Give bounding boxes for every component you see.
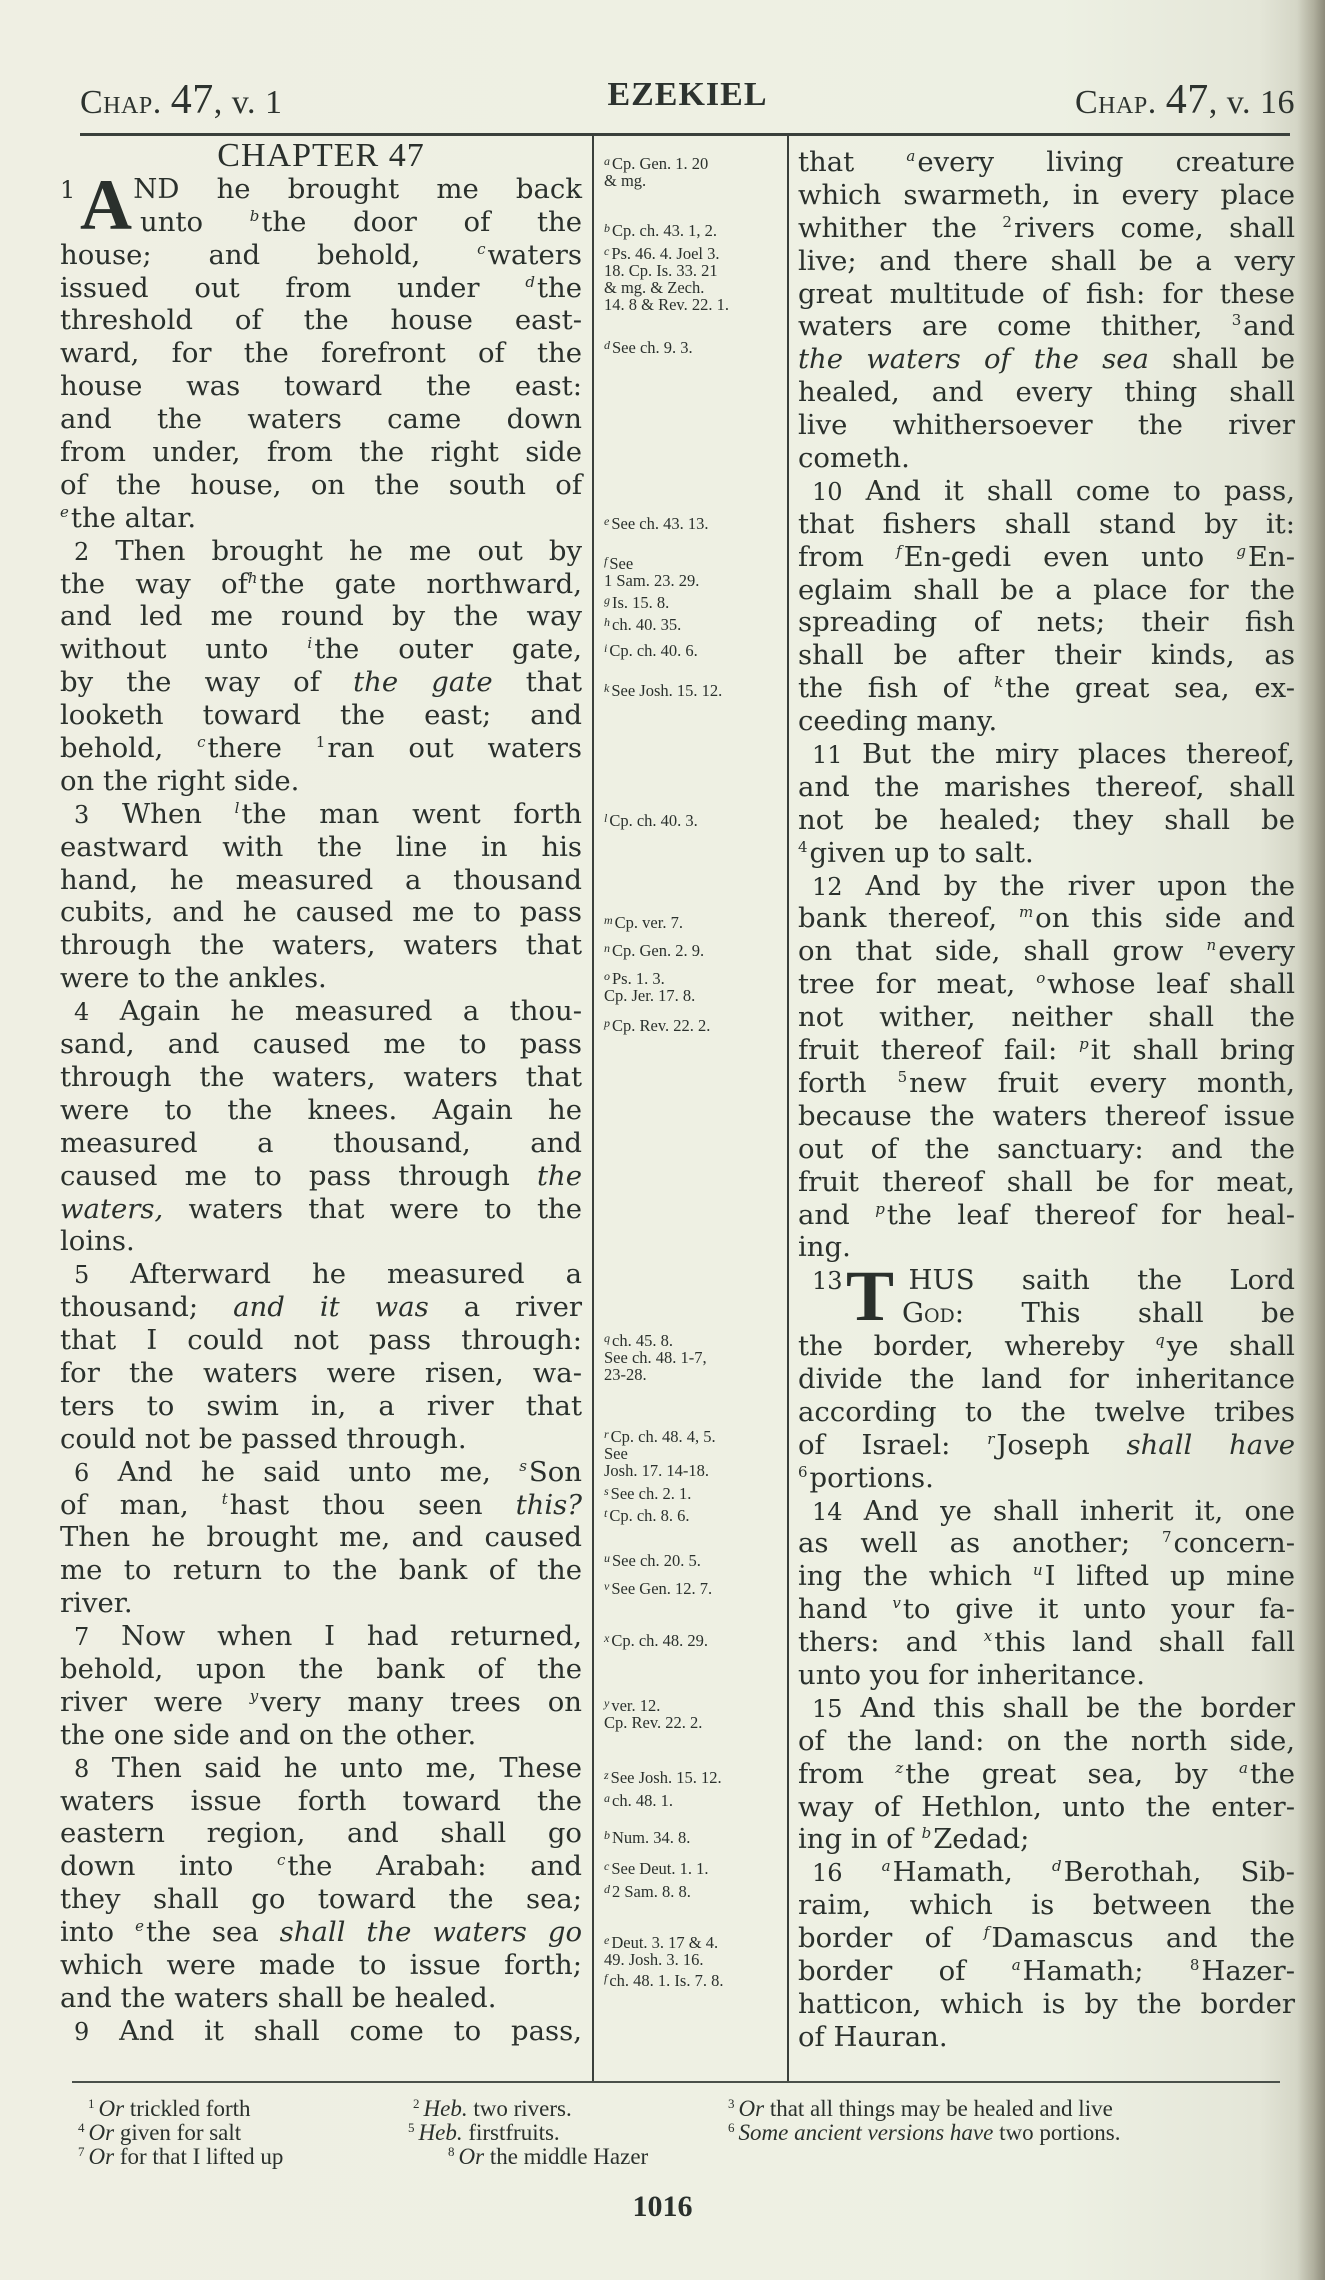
cross-ref-marker[interactable]: t bbox=[222, 1490, 228, 1508]
verse-text: behold, bbox=[60, 732, 197, 764]
footnote-marker[interactable]: 2 bbox=[1002, 213, 1012, 231]
verse-9-continued: that aevery living creature which swarme… bbox=[798, 146, 1295, 475]
verse-text: the outer gate, bbox=[314, 633, 582, 665]
verse-line: looketh toward the east; and bbox=[60, 699, 582, 732]
verse-line: the one side and on the other. bbox=[60, 1719, 582, 1752]
verse-number: 9 bbox=[74, 2018, 89, 2046]
chapter-heading: CHAPTER 47 bbox=[60, 140, 582, 173]
verse-7: 7 Now when I had returned, behold, upon … bbox=[60, 1620, 582, 1752]
verse-line: which were made to issue forth; bbox=[60, 1949, 582, 1982]
cross-ref-marker[interactable]: p bbox=[875, 1200, 885, 1218]
cross-ref-marker[interactable]: d bbox=[525, 273, 535, 291]
verse-text: down into bbox=[60, 1850, 277, 1882]
verse-text: thousand; bbox=[60, 1291, 233, 1323]
verse-text: Joseph bbox=[996, 1429, 1126, 1461]
cross-reference[interactable]: aCp. Gen. 1. 20 & mg. bbox=[604, 153, 784, 189]
verse-16: 16 aHamath, dBerothah, Sib- raim, which … bbox=[798, 1856, 1295, 2053]
verse-line: eastward with the line in his bbox=[60, 831, 582, 864]
verse-number: 11 bbox=[812, 741, 843, 769]
cross-ref-marker[interactable]: x bbox=[984, 1627, 992, 1645]
cross-reference[interactable]: bCp. ch. 43. 1, 2. bbox=[604, 220, 784, 239]
cross-reference[interactable]: qch. 45. 8. See ch. 48. 1-7, 23-28. bbox=[604, 1330, 784, 1383]
verse-text: given up to salt. bbox=[810, 837, 1034, 869]
cross-ref-marker[interactable]: v bbox=[892, 1594, 900, 1612]
verse-number: 13 bbox=[812, 1267, 843, 1295]
footnote-marker[interactable]: 3 bbox=[1232, 311, 1242, 329]
cross-reference[interactable]: rCp. ch. 48. 4, 5. See Josh. 17. 14-18. bbox=[604, 1426, 784, 1479]
verse-line: unto you for inheritance. bbox=[798, 1659, 1295, 1692]
cross-reference[interactable]: tCp. ch. 8. 6. bbox=[604, 1505, 784, 1524]
verse-number: 8 bbox=[74, 1755, 89, 1783]
verse-line: not wither, neither shall the bbox=[798, 1001, 1295, 1034]
cross-reference[interactable]: sSee ch. 2. 1. bbox=[604, 1483, 784, 1502]
verse-number: 2 bbox=[74, 538, 89, 566]
footnote-7: 7Or for that I lifted up bbox=[78, 2140, 283, 2168]
verse-line: were to the ankles. bbox=[60, 962, 582, 995]
verse-line: eglaim shall be a place for the bbox=[798, 574, 1295, 607]
verse-line: which swarmeth, in every place bbox=[798, 179, 1295, 212]
verse-8: 8 Then said he unto me, These waters iss… bbox=[60, 1752, 582, 2015]
verse-text: the sea bbox=[146, 1916, 280, 1948]
verse-text: to give it unto your fa- bbox=[903, 1593, 1295, 1625]
verse-line: river. bbox=[60, 1587, 582, 1620]
drop-cap: T bbox=[846, 1266, 894, 1326]
verse-text: the leaf thereof for heal- bbox=[887, 1199, 1295, 1231]
verse-text: En-gedi even unto bbox=[904, 541, 1237, 573]
verse-number: 6 bbox=[74, 1459, 89, 1487]
verse-text: into bbox=[60, 1916, 135, 1948]
verse-number: 16 bbox=[812, 1859, 843, 1887]
cross-reference[interactable]: kSee Josh. 15. 12. bbox=[604, 680, 784, 699]
verse-5: 5 Afterward he measured a thousand; and … bbox=[60, 1258, 582, 1455]
cross-ref-marker[interactable]: u bbox=[1033, 1561, 1043, 1579]
cross-reference[interactable]: fSee 1 Sam. 23. 29. bbox=[604, 553, 784, 589]
verse-text: the great sea, ex- bbox=[1005, 672, 1295, 704]
verse-text: unto bbox=[140, 206, 250, 238]
verse-line: hand, he measured a thousand bbox=[60, 864, 582, 897]
verse-text: I lifted up mine bbox=[1045, 1560, 1295, 1592]
verse-text: Son bbox=[529, 1456, 582, 1488]
verse-text: thers: and bbox=[798, 1626, 984, 1658]
verse-text: very many trees on bbox=[260, 1686, 582, 1718]
cross-ref-marker[interactable]: a bbox=[1012, 1956, 1021, 1974]
verse-text: caused me to pass through bbox=[60, 1160, 537, 1192]
verse-text: Hazer- bbox=[1201, 1955, 1295, 1987]
cross-ref-marker[interactable]: n bbox=[1207, 936, 1217, 954]
verse-line: were to the knees. Again he bbox=[60, 1094, 582, 1127]
footnote-marker[interactable]: 6 bbox=[798, 1463, 808, 1481]
column-divider-left bbox=[592, 136, 594, 2081]
footnote-8: 8Or the middle Hazer bbox=[448, 2140, 648, 2168]
verse-line: cometh. bbox=[798, 442, 1295, 475]
verse-6: 6 And he said unto me, sSon of man, thas… bbox=[60, 1456, 582, 1620]
verse-text: shall be bbox=[1149, 343, 1295, 375]
verse-text: the Arabah: and bbox=[287, 1850, 582, 1882]
cross-ref-marker[interactable]: q bbox=[1155, 1331, 1165, 1349]
verse-label: , v. 16 bbox=[1209, 84, 1295, 121]
verse-text: : This shall be bbox=[955, 1297, 1295, 1329]
verse-line: because the waters thereof issue bbox=[798, 1100, 1295, 1133]
verse-line: of Hauran. bbox=[798, 2021, 1295, 2054]
verse-text: concern- bbox=[1174, 1527, 1296, 1559]
cross-ref-marker[interactable]: e bbox=[60, 503, 69, 521]
italic-text: waters, bbox=[60, 1193, 163, 1225]
verse-text: rivers come, shall bbox=[1014, 212, 1295, 244]
verse-text: every living creature bbox=[917, 146, 1295, 178]
verse-number: 7 bbox=[74, 1623, 89, 1651]
verse-text: river were bbox=[60, 1686, 250, 1718]
cross-reference[interactable]: oPs. 1. 3. Cp. Jer. 17. 8. bbox=[604, 968, 784, 1004]
verse-text: Again he measured a thou- bbox=[120, 995, 582, 1027]
verse-line: ceeding many. bbox=[798, 705, 1295, 738]
verse-text: HUS saith the Lord bbox=[909, 1264, 1295, 1296]
verse-line: and the waters came down bbox=[60, 403, 582, 436]
verse-line: and the marishes thereof, shall bbox=[798, 771, 1295, 804]
cross-ref-marker[interactable]: g bbox=[1236, 542, 1246, 560]
verse-4: 4 Again he measured a thou- sand, and ca… bbox=[60, 995, 582, 1258]
italic-text: the bbox=[537, 1160, 582, 1192]
verse-text: and bbox=[1243, 310, 1295, 342]
verse-line: eastern region, and shall go bbox=[60, 1817, 582, 1850]
verse-text: Then said he unto me, These bbox=[112, 1752, 582, 1784]
cross-ref-marker[interactable]: a bbox=[906, 147, 915, 165]
verse-line: way of Hethlon, unto the enter- bbox=[798, 1791, 1295, 1824]
bible-page: Chap. 47, v. 1 EZEKIEL Chap. 47, v. 16 C… bbox=[0, 0, 1325, 2280]
cross-ref-marker[interactable]: k bbox=[994, 673, 1003, 691]
verse-line: live whithersoever the river bbox=[798, 409, 1295, 442]
cross-reference[interactable]: ach. 48. 1. bbox=[604, 1790, 784, 1809]
verse-number: 15 bbox=[812, 1695, 843, 1723]
verse-2: 2 Then brought he me out by the way ofht… bbox=[60, 535, 582, 798]
verse-line: through the waters, waters that bbox=[60, 929, 582, 962]
verse-line: live; and there shall be a very bbox=[798, 245, 1295, 278]
verse-number: 10 bbox=[812, 478, 843, 506]
cross-ref-marker[interactable]: b bbox=[922, 1824, 932, 1842]
footnote-marker[interactable]: 4 bbox=[798, 838, 808, 856]
verse-text: there bbox=[208, 732, 316, 764]
cross-reference[interactable]: uSee ch. 20. 5. bbox=[604, 1550, 784, 1569]
cross-reference[interactable]: hch. 40. 35. bbox=[604, 614, 784, 633]
verse-line: for the waters were risen, wa- bbox=[60, 1357, 582, 1390]
verse-text: by the way of bbox=[60, 666, 353, 698]
verse-text: every bbox=[1218, 935, 1295, 967]
cross-ref-marker[interactable]: p bbox=[1079, 1035, 1089, 1053]
cross-ref-marker[interactable]: h bbox=[248, 569, 258, 587]
cross-reference[interactable]: zSee Josh. 15. 12. bbox=[604, 1767, 784, 1786]
page-number: 1016 bbox=[0, 2190, 1325, 2224]
cross-reference[interactable]: gIs. 15. 8. bbox=[604, 592, 784, 611]
verse-line: through the waters, waters that bbox=[60, 1061, 582, 1094]
verse-line: divide the land for inheritance bbox=[798, 1363, 1295, 1396]
verse-line: loins. bbox=[60, 1225, 582, 1258]
verse-text: border of bbox=[798, 1955, 1012, 1987]
verse-14: 14 And ye shall inherit it, one as well … bbox=[798, 1495, 1295, 1692]
cross-ref-marker[interactable]: c bbox=[197, 733, 205, 751]
drop-cap: A bbox=[80, 175, 132, 235]
verse-text: And this shall be the border bbox=[860, 1692, 1295, 1724]
cross-reference[interactable]: mCp. ver. 7. bbox=[604, 912, 784, 931]
verse-line: of the house, on the south of bbox=[60, 469, 582, 502]
verse-line: waters issue forth toward the bbox=[60, 1785, 582, 1818]
cross-ref-marker[interactable]: y bbox=[250, 1687, 258, 1705]
cross-ref-marker[interactable]: c bbox=[477, 240, 485, 258]
verse-text: that bbox=[798, 146, 906, 178]
column-divider-right bbox=[787, 136, 789, 2081]
running-head-right: Chap. 47, v. 16 bbox=[1075, 76, 1295, 124]
verse-text: whose leaf shall bbox=[1047, 968, 1295, 1000]
verse-text: of Israel: bbox=[798, 1429, 987, 1461]
verse-text: tree for meat, bbox=[798, 968, 1036, 1000]
verse-line: fruit thereof shall be for meat, bbox=[798, 1166, 1295, 1199]
verse-number: 4 bbox=[74, 998, 89, 1026]
cross-ref-marker[interactable]: d bbox=[1052, 1857, 1062, 1875]
cross-reference[interactable]: cPs. 46. 4. Joel 3. 18. Cp. Is. 33. 21 &… bbox=[604, 243, 784, 313]
cross-ref-marker[interactable]: s bbox=[519, 1457, 527, 1475]
verse-text: this land shall fall bbox=[994, 1626, 1295, 1658]
verse-text: And by the river upon the bbox=[865, 870, 1295, 902]
verse-text: the way of bbox=[60, 568, 248, 600]
verse-text: Damascus and the bbox=[991, 1922, 1295, 1954]
verse-text: waters are come thither, bbox=[798, 310, 1232, 342]
verse-text: And it shall come to pass, bbox=[119, 2015, 582, 2047]
cross-ref-marker[interactable]: e bbox=[135, 1917, 144, 1935]
cross-reference[interactable]: bNum. 34. 8. bbox=[604, 1827, 784, 1846]
cross-reference[interactable]: lCp. ch. 40. 3. bbox=[604, 810, 784, 829]
verse-text: the fish of bbox=[798, 672, 994, 704]
verse-text: hand bbox=[798, 1593, 892, 1625]
verse-text: waters bbox=[487, 239, 582, 271]
cross-ref-marker[interactable]: c bbox=[277, 1851, 285, 1869]
footnote-marker[interactable]: 7 bbox=[1162, 1528, 1172, 1546]
italic-text: the gate bbox=[353, 666, 493, 698]
verse-text: the bbox=[1250, 1758, 1295, 1790]
verse-text: And ye shall inherit it, one bbox=[864, 1495, 1295, 1527]
cross-ref-marker[interactable]: r bbox=[987, 1430, 994, 1448]
verse-line: spreading of nets; their fish bbox=[798, 606, 1295, 639]
verse-text: the man went forth bbox=[241, 798, 582, 830]
cross-reference[interactable]: eSee ch. 43. 13. bbox=[604, 513, 784, 532]
footnote-marker[interactable]: 5 bbox=[898, 1068, 908, 1086]
verse-text: waters that were to the bbox=[163, 1193, 582, 1225]
verse-text: border of bbox=[798, 1922, 984, 1954]
verse-line: and led me round by the way bbox=[60, 600, 582, 633]
cross-ref-marker[interactable]: f bbox=[896, 542, 902, 560]
cross-reference[interactable]: nCp. Gen. 2. 9. bbox=[604, 940, 784, 959]
cross-reference[interactable]: eDeut. 3. 17 & 4. 49. Josh. 3. 16. bbox=[604, 1932, 784, 1968]
verse-text: Now when I had returned, bbox=[121, 1620, 582, 1652]
page-spine-shadow bbox=[1297, 0, 1325, 2280]
verse-text: ye shall bbox=[1167, 1330, 1295, 1362]
verse-line: hatticon, which is by the border bbox=[798, 1988, 1295, 2021]
cross-ref-marker[interactable]: b bbox=[250, 207, 260, 225]
verse-text: on this side and bbox=[1035, 902, 1295, 934]
verse-text: God bbox=[902, 1297, 955, 1329]
verse-text: new fruit every month, bbox=[909, 1067, 1295, 1099]
verse-line: ters to swim in, a river that bbox=[60, 1390, 582, 1423]
verse-text: from bbox=[798, 541, 896, 573]
verse-text: ing the which bbox=[798, 1560, 1033, 1592]
footnote-marker[interactable]: 8 bbox=[1190, 1956, 1200, 1974]
verse-text: Berothah, Sib- bbox=[1064, 1856, 1295, 1888]
verse-text: Hamath, bbox=[893, 1856, 1052, 1888]
verse-text: that bbox=[493, 666, 582, 698]
verse-text: from bbox=[798, 1758, 895, 1790]
cross-reference[interactable]: dSee ch. 9. 3. bbox=[604, 337, 784, 356]
verse-text: ran out waters bbox=[327, 732, 582, 764]
cross-reference[interactable]: yver. 12. Cp. Rev. 22. 2. bbox=[604, 1695, 784, 1731]
verse-text: on that side, shall grow bbox=[798, 935, 1207, 967]
cross-reference[interactable]: xCp. ch. 48. 29. bbox=[604, 1630, 784, 1649]
verse-9: 9 And it shall come to pass, bbox=[60, 2015, 582, 2048]
cross-reference[interactable]: cSee Deut. 1. 1. bbox=[604, 1858, 784, 1877]
verse-text: whither the bbox=[798, 212, 1002, 244]
verse-text: fruit thereof fail: bbox=[798, 1034, 1079, 1066]
verse-text: and bbox=[798, 1199, 875, 1231]
verse-text: En- bbox=[1248, 541, 1295, 573]
verse-15: 15 And this shall be the border of the l… bbox=[798, 1692, 1295, 1856]
verse-10: 10 And it shall come to pass, that fishe… bbox=[798, 475, 1295, 738]
verse-line: behold, upon the bank of the bbox=[60, 1653, 582, 1686]
verse-number: 12 bbox=[812, 873, 843, 901]
cross-reference[interactable]: d2 Sam. 8. 8. bbox=[604, 1881, 784, 1900]
verse-number: 14 bbox=[812, 1498, 843, 1526]
cross-ref-marker[interactable]: l bbox=[235, 799, 240, 817]
verse-line: raim, which is between the bbox=[798, 1889, 1295, 1922]
verse-number: 3 bbox=[74, 801, 89, 829]
verse-text: a river bbox=[429, 1291, 582, 1323]
verse-line: ward, for the forefront of the bbox=[60, 337, 582, 370]
verse-text: forth bbox=[798, 1067, 898, 1099]
verse-text: And it shall come to pass, bbox=[866, 475, 1295, 507]
italic-text: shall the waters go bbox=[280, 1916, 582, 1948]
verse-line: threshold of the house east- bbox=[60, 304, 582, 337]
cross-reference[interactable]: pCp. Rev. 22. 2. bbox=[604, 1015, 784, 1034]
verse-text: it shall bring bbox=[1091, 1034, 1295, 1066]
verse-text: Then brought he me out by bbox=[115, 535, 582, 567]
chap-label: Chap. bbox=[1075, 84, 1157, 121]
verse-text: bank thereof, bbox=[798, 902, 1019, 934]
verse-text: as well as another; bbox=[798, 1527, 1162, 1559]
cross-ref-marker[interactable]: o bbox=[1036, 969, 1045, 987]
cross-ref-marker[interactable]: z bbox=[895, 1759, 903, 1777]
right-text-column: that aevery living creature which swarme… bbox=[798, 146, 1295, 2054]
italic-text: this? bbox=[516, 1489, 582, 1521]
verse-line: could not be passed through. bbox=[60, 1423, 582, 1456]
verse-text: Hamath; bbox=[1023, 1955, 1190, 1987]
verse-line: great multitude of fish: for these bbox=[798, 278, 1295, 311]
cross-reference[interactable]: fch. 48. 1. Is. 7. 8. bbox=[604, 1970, 784, 1989]
verse-text: When bbox=[122, 798, 235, 830]
verse-line: from under, from the right side bbox=[60, 436, 582, 469]
verse-text: without unto bbox=[60, 633, 307, 665]
verse-text: ND he brought me back bbox=[133, 173, 582, 205]
verse-text: But the miry places thereof, bbox=[862, 738, 1295, 770]
verse-line: according to the twelve tribes bbox=[798, 1396, 1295, 1429]
cross-reference[interactable]: iCp. ch. 40. 6. bbox=[604, 640, 784, 659]
verse-line: they shall go toward the sea; bbox=[60, 1883, 582, 1916]
italic-text: the waters of the sea bbox=[798, 343, 1149, 375]
cross-ref-marker[interactable]: a bbox=[882, 1857, 891, 1875]
verse-number: 1 bbox=[60, 176, 75, 204]
verse-1: 1ND he brought me back A unto bthe door … bbox=[60, 173, 582, 535]
verse-line: on the right side. bbox=[60, 765, 582, 798]
verse-text: the altar. bbox=[71, 502, 196, 534]
footnote-rule bbox=[72, 2081, 1280, 2083]
verse-13: 13HUS saith the Lord T God: This shall b… bbox=[798, 1264, 1295, 1494]
verse-text: the great sea, by bbox=[905, 1758, 1239, 1790]
cross-ref-marker[interactable]: f bbox=[984, 1923, 990, 1941]
footnote-marker[interactable]: 1 bbox=[316, 733, 326, 751]
verse-line: and the waters shall be healed. bbox=[60, 1982, 582, 2015]
verse-text: And he said unto me, bbox=[118, 1456, 520, 1488]
cross-ref-marker[interactable]: m bbox=[1019, 903, 1033, 921]
verse-text: hast thou seen bbox=[230, 1489, 516, 1521]
verse-line: Then he brought me, and caused bbox=[60, 1521, 582, 1554]
verse-text: issued out from under bbox=[60, 272, 525, 304]
italic-text: and it was bbox=[233, 1291, 429, 1323]
verse-text: Afterward he measured a bbox=[130, 1258, 582, 1290]
verse-line: me to return to the bank of the bbox=[60, 1554, 582, 1587]
verse-12: 12 And by the river upon the bank thereo… bbox=[798, 870, 1295, 1265]
header-rule bbox=[80, 133, 1290, 136]
verse-line: measured a thousand, and bbox=[60, 1127, 582, 1160]
verse-line: that I could not pass through: bbox=[60, 1324, 582, 1357]
verse-3: 3 When lthe man went forth eastward with… bbox=[60, 798, 582, 995]
verse-text: the bbox=[537, 272, 582, 304]
running-head: Chap. 47, v. 1 EZEKIEL Chap. 47, v. 16 bbox=[80, 70, 1295, 130]
cross-ref-marker[interactable]: i bbox=[307, 634, 312, 652]
verse-line: not be healed; they shall be bbox=[798, 804, 1295, 837]
verse-line: cubits, and he caused me to pass bbox=[60, 896, 582, 929]
verse-line: out of the sanctuary: and the bbox=[798, 1133, 1295, 1166]
chap-number: 47 bbox=[1166, 77, 1209, 123]
cross-reference[interactable]: vSee Gen. 12. 7. bbox=[604, 1578, 784, 1597]
verse-text: ing in of bbox=[798, 1823, 922, 1855]
verse-11: 11 But the miry places thereof, and the … bbox=[798, 738, 1295, 870]
verse-line: of the land: on the north side, bbox=[798, 1725, 1295, 1758]
cross-ref-marker[interactable]: a bbox=[1239, 1759, 1248, 1777]
verse-line: house was toward the east: bbox=[60, 370, 582, 403]
verse-text: Zedad; bbox=[933, 1823, 1029, 1855]
verse-text: the door of the bbox=[261, 206, 582, 238]
footnote-6: 6Some ancient versions have two portions… bbox=[728, 2116, 1120, 2144]
left-text-column: CHAPTER 47 1ND he brought me back A unto… bbox=[60, 140, 582, 2048]
italic-text: shall have bbox=[1126, 1429, 1295, 1461]
verse-text: the gate northward, bbox=[259, 568, 582, 600]
verse-line: sand, and caused me to pass bbox=[60, 1028, 582, 1061]
verse-line: healed, and every thing shall bbox=[798, 376, 1295, 409]
verse-text: portions. bbox=[810, 1462, 934, 1494]
verse-text: of man, bbox=[60, 1489, 222, 1521]
verse-line: that fishers shall stand by it: bbox=[798, 508, 1295, 541]
verse-number: 5 bbox=[74, 1261, 89, 1289]
verse-line: shall be after their kinds, as bbox=[798, 639, 1295, 672]
